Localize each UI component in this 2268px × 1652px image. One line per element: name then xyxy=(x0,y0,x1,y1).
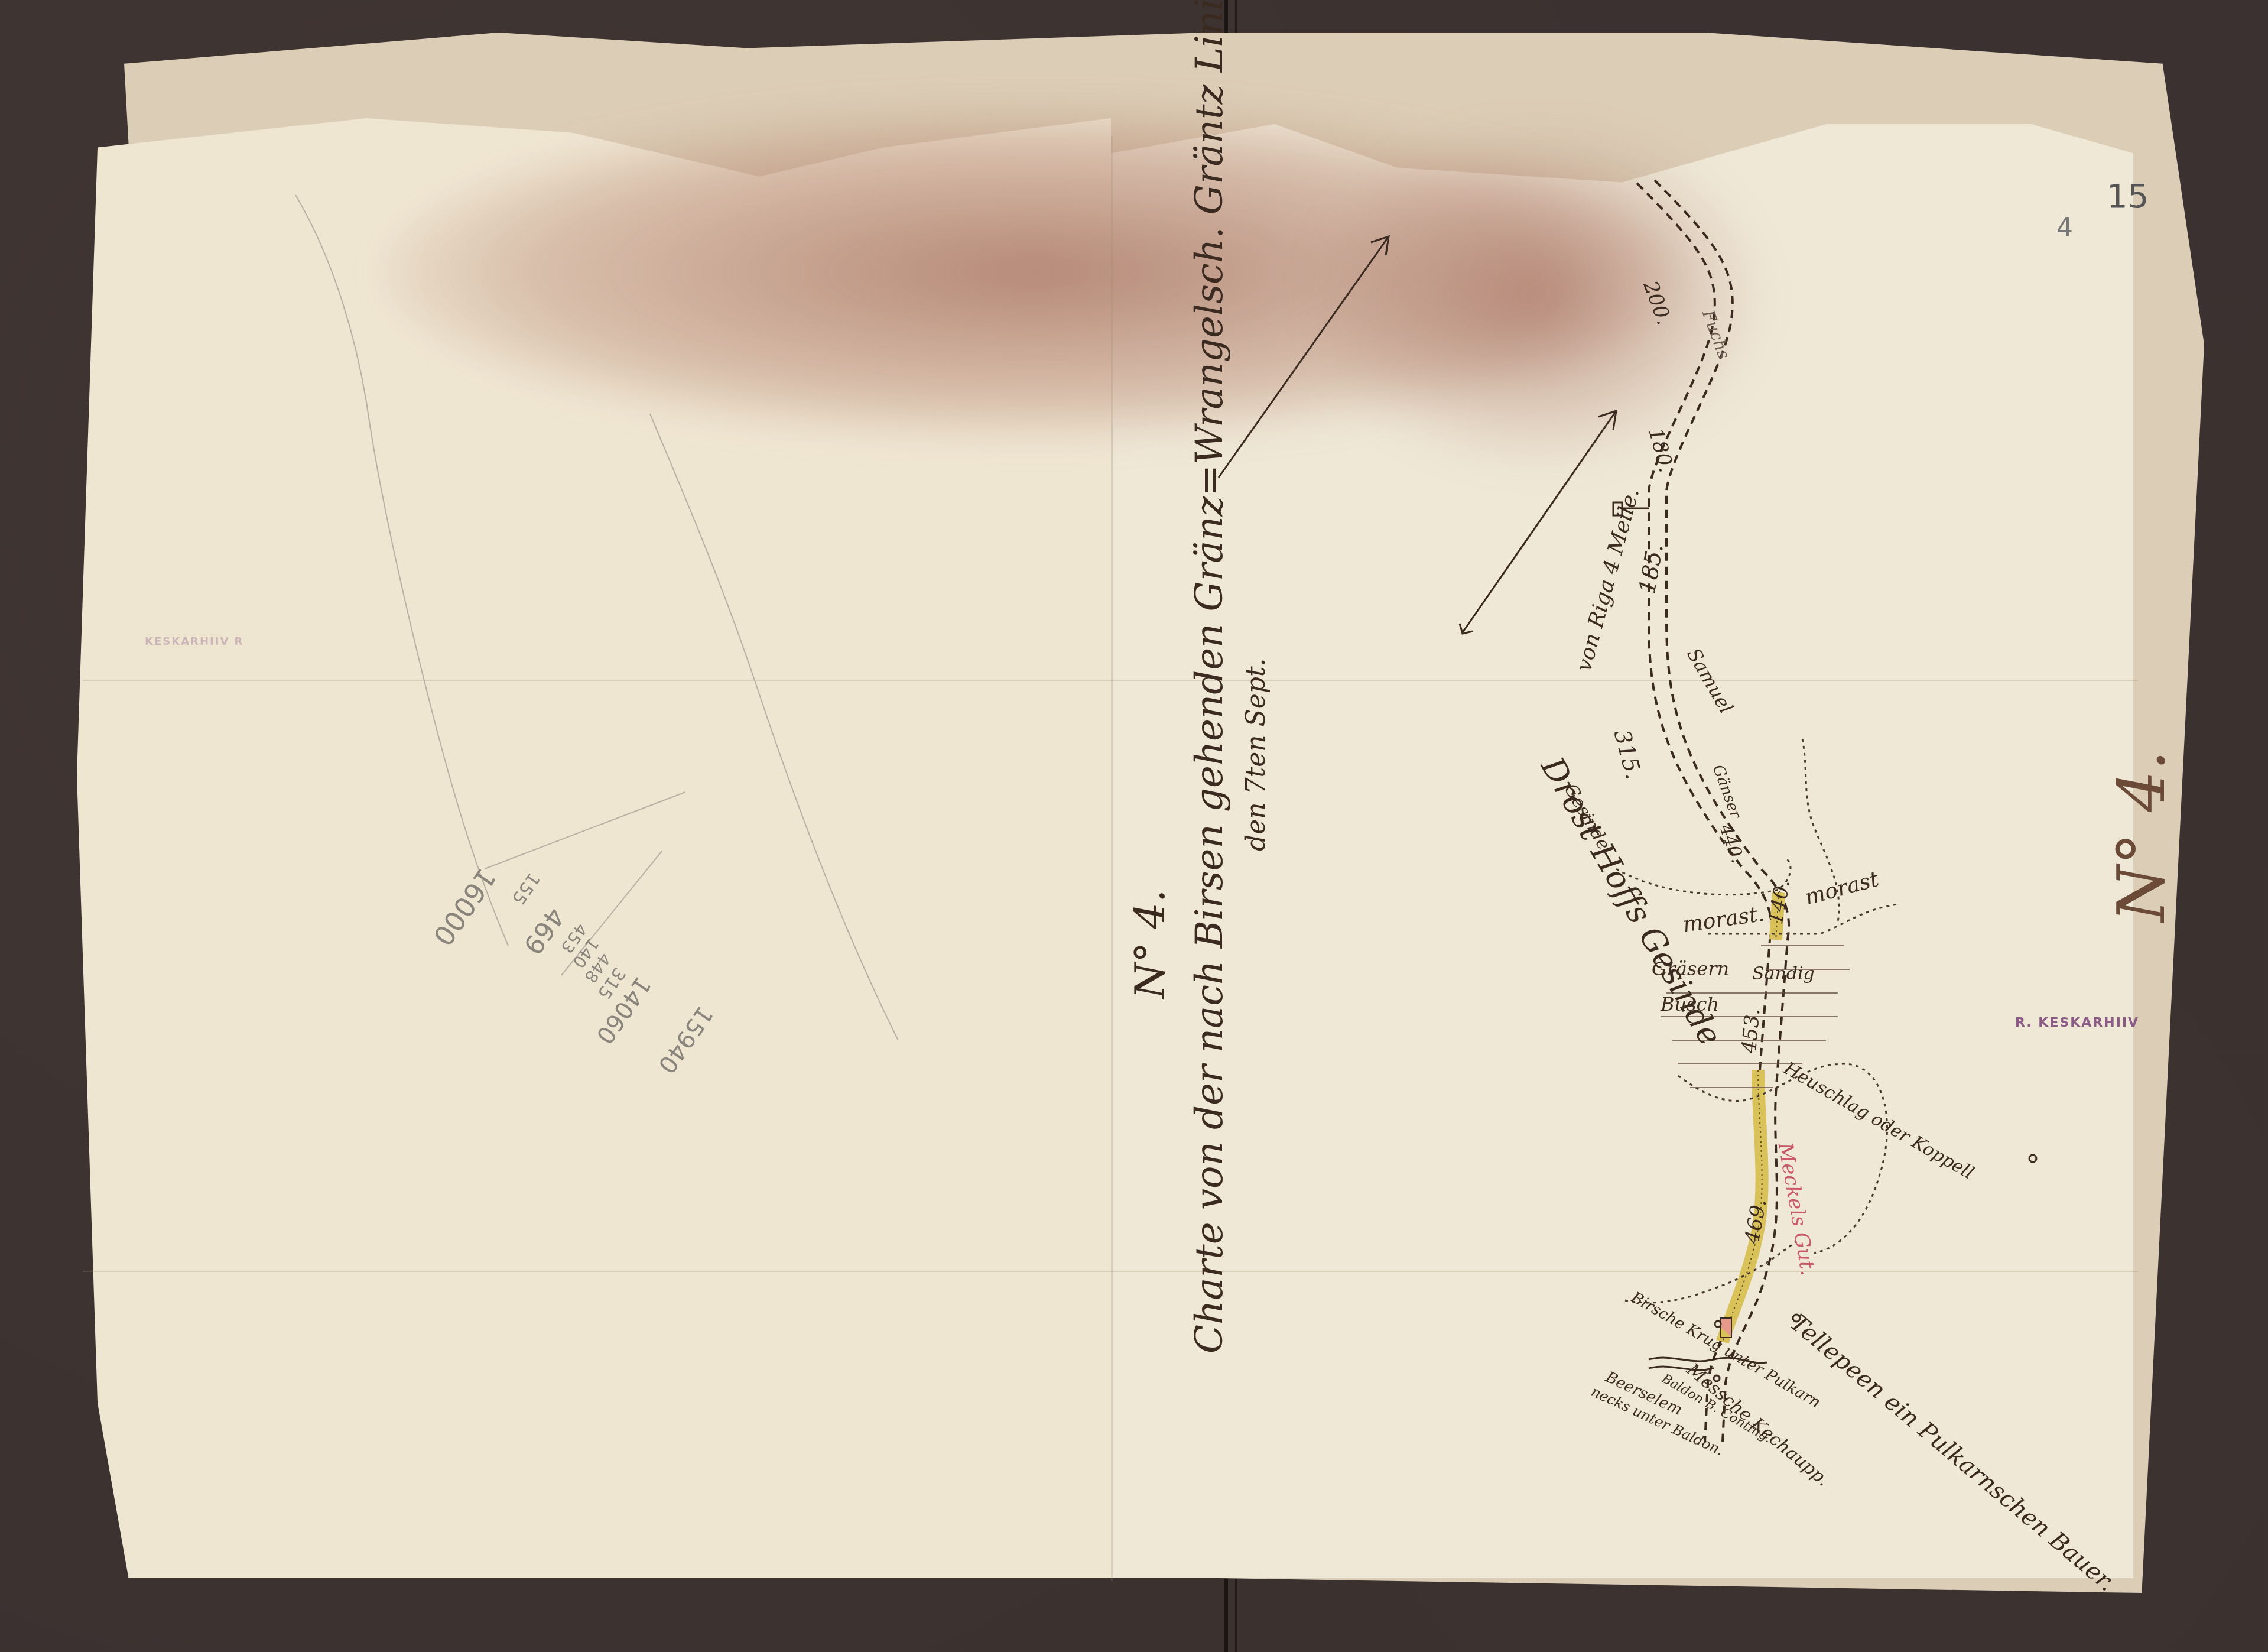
sheet-number: N° 4. xyxy=(2104,750,2179,922)
folio-number-alt: 4 xyxy=(2056,213,2073,243)
krug-building-icon xyxy=(1721,1318,1731,1337)
map-label-sandig: Sandig xyxy=(1752,963,1815,984)
north-arrow-icon xyxy=(1219,236,1616,634)
map-title: Charte von der nach Birsen gehenden Grän… xyxy=(1188,0,1232,1354)
route-road xyxy=(1637,180,1789,1442)
map-label-busch: Busch xyxy=(1661,993,1719,1015)
map-label-graesern: Gräsern xyxy=(1652,958,1729,980)
folio-number: 15 xyxy=(2107,177,2149,216)
title-sheet-number: N° 4. xyxy=(1126,890,1174,999)
pencil-sketch xyxy=(295,195,898,1040)
route-highlight xyxy=(1723,892,1779,1342)
distance-label: 453. xyxy=(1737,1008,1765,1054)
archive-stamp-faint: KESKARHIIV R xyxy=(145,635,243,648)
archive-stamp: R. KESKARHIIV xyxy=(2015,1015,2139,1030)
map-drawing xyxy=(0,0,2268,1652)
map-date: den 7ten Sept. xyxy=(1241,658,1271,851)
